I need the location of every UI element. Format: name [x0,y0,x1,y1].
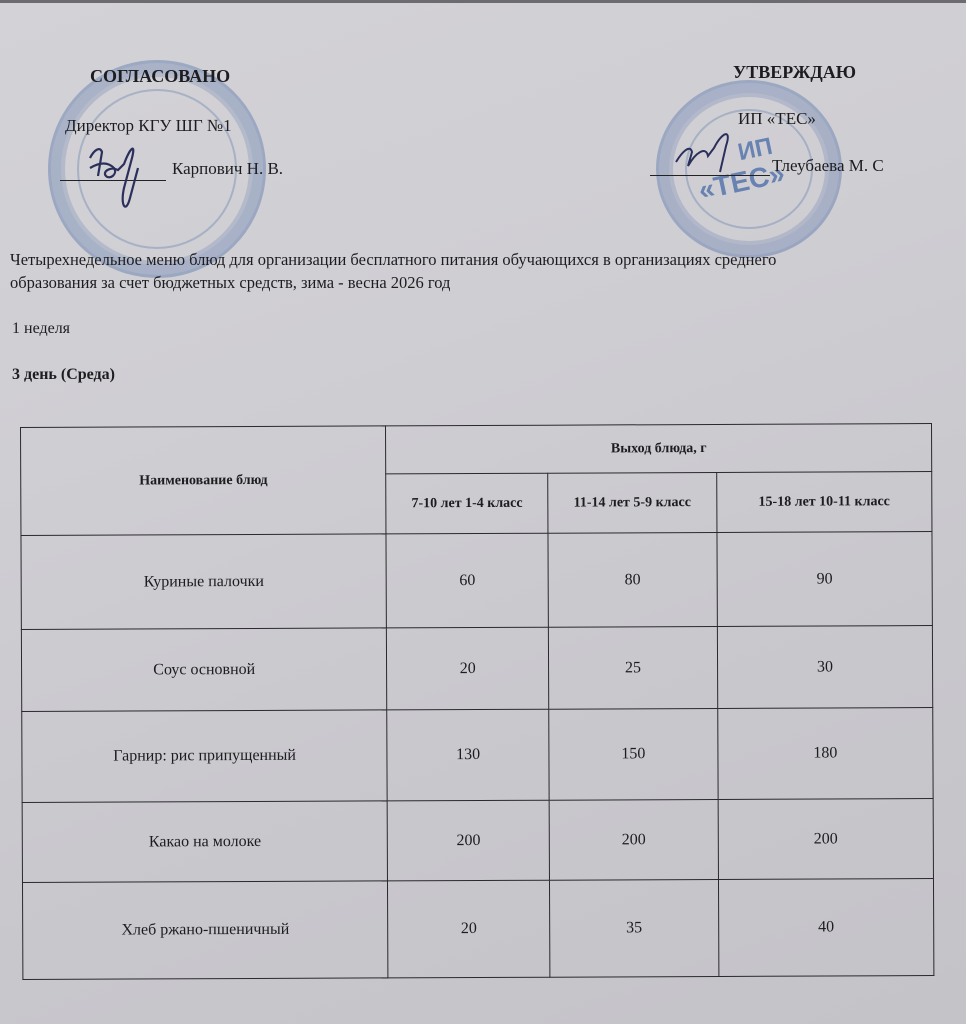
portion-value: 35 [550,879,719,977]
left-signature-icon [80,128,160,218]
dish-name: Соус основной [21,628,387,712]
approval-left-name: Карпович Н. В. [172,159,283,179]
day-label: 3 день (Среда) [12,366,115,384]
header-age-11-14: 11-14 лет 5-9 класс [548,472,717,533]
week-label: 1 неделя [12,320,70,338]
portion-value: 40 [718,879,934,977]
approval-right-name: Тлеубаева М. С [772,156,884,176]
dish-name: Какао на молоке [22,801,388,883]
dish-name: Куриные палочки [21,534,387,630]
dish-name: Хлеб ржано-пшеничный [22,881,388,980]
document-title-line1: Четырехнедельное меню блюд для организац… [10,250,776,270]
approval-left-heading: СОГЛАСОВАНО [90,66,230,87]
portion-value: 20 [388,880,550,978]
portion-value: 200 [718,799,934,880]
portion-value: 180 [718,708,934,800]
portion-value: 25 [548,626,717,709]
right-signature-icon [672,122,752,182]
table-row: Какао на молоке 200 200 200 [22,799,933,883]
header-dish-name: Наименование блюд [21,426,387,536]
portion-value: 130 [387,709,549,801]
header-portion-yield: Выход блюда, г [386,424,932,474]
header-age-15-18: 15-18 лет 10-11 класс [716,472,931,533]
portion-value: 90 [717,532,933,627]
menu-table: Наименование блюд Выход блюда, г 7-10 ле… [20,423,934,980]
portion-value: 80 [548,532,717,627]
dish-name: Гарнир: рис припущенный [22,710,388,803]
photo-edge [0,0,966,3]
portion-value: 150 [549,708,718,800]
approval-right-heading: УТВЕРЖДАЮ [733,62,856,83]
portion-value: 60 [386,533,548,628]
table-row: Гарнир: рис припущенный 130 150 180 [22,708,933,803]
table-row: Куриные палочки 60 80 90 [21,532,932,630]
portion-value: 200 [549,799,718,880]
portion-value: 20 [387,627,549,710]
portion-value: 200 [387,800,549,881]
table-row: Соус основной 20 25 30 [21,626,932,712]
table-row: Хлеб ржано-пшеничный 20 35 40 [22,879,933,980]
header-age-7-10: 7-10 лет 1-4 класс [386,473,548,534]
portion-value: 30 [717,626,933,709]
document-title-line2: образования за счет бюджетных средств, з… [10,273,450,293]
